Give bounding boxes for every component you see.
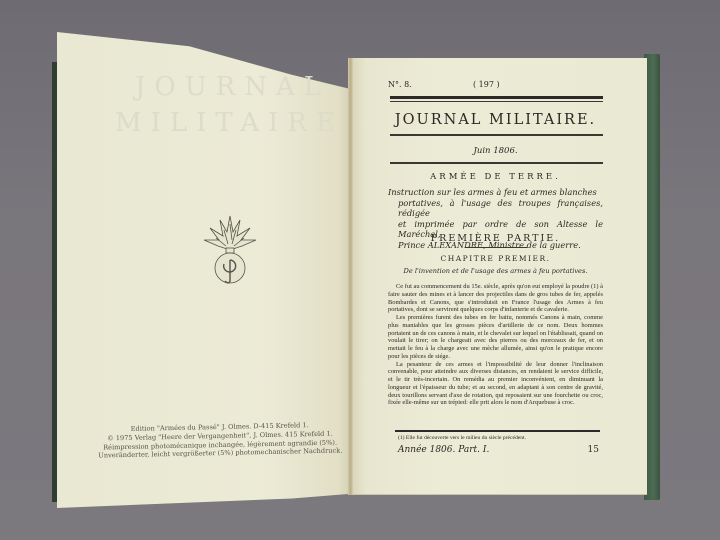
ghost-text-line2: MILITAIRE	[115, 108, 344, 138]
grenade-emblem-icon	[200, 210, 260, 288]
page-footer: Année 1806. Part. I. 15	[398, 445, 603, 455]
section-heading: ARMÉE DE TERRE.	[388, 172, 603, 182]
footnote: (1) Elle fut découverte vers le milieu d…	[398, 435, 613, 441]
imprint-block: Edition "Armées du Passé" J. Olmes. D-41…	[95, 420, 346, 460]
header-rule-thin	[390, 101, 603, 102]
header-rule	[390, 96, 603, 99]
paragraph: La pesanteur de ces armes et l'impossibi…	[388, 361, 603, 408]
signature-mark: Année 1806. Part. I.	[398, 445, 489, 455]
instruction-line: portatives, à l'usage des troupes frança…	[388, 198, 603, 219]
date-rule	[390, 162, 603, 164]
paragraph: Les premières furent des tubes en fer ba…	[388, 314, 603, 361]
issue-date: Juin 1806.	[388, 146, 603, 156]
part-heading: PREMIÈRE PARTIE.	[388, 233, 603, 244]
page-header: N°. 8. ( 197 )	[388, 80, 603, 89]
body-text: Ce fut au commencement du 15e. siècle, a…	[388, 283, 603, 407]
ghost-text-line1: JOURNAL	[135, 72, 330, 102]
paragraph: Ce fut au commencement du 15e. siècle, a…	[388, 283, 603, 314]
issue-number: N°. 8.	[388, 80, 473, 89]
folio-number: 15	[588, 445, 603, 455]
instruction-line: Instruction sur les armes à feu et armes…	[388, 187, 603, 198]
footnote-rule	[395, 430, 600, 432]
journal-title: JOURNAL MILITAIRE.	[388, 112, 603, 128]
title-rule	[390, 134, 603, 136]
chapter-heading: CHAPITRE PREMIER.	[388, 254, 603, 263]
book-gutter	[348, 58, 353, 495]
page-reference: ( 197 )	[473, 80, 500, 89]
chapter-subtitle: De l'invention et de l'usage des armes à…	[388, 267, 603, 275]
part-rule	[465, 247, 527, 248]
